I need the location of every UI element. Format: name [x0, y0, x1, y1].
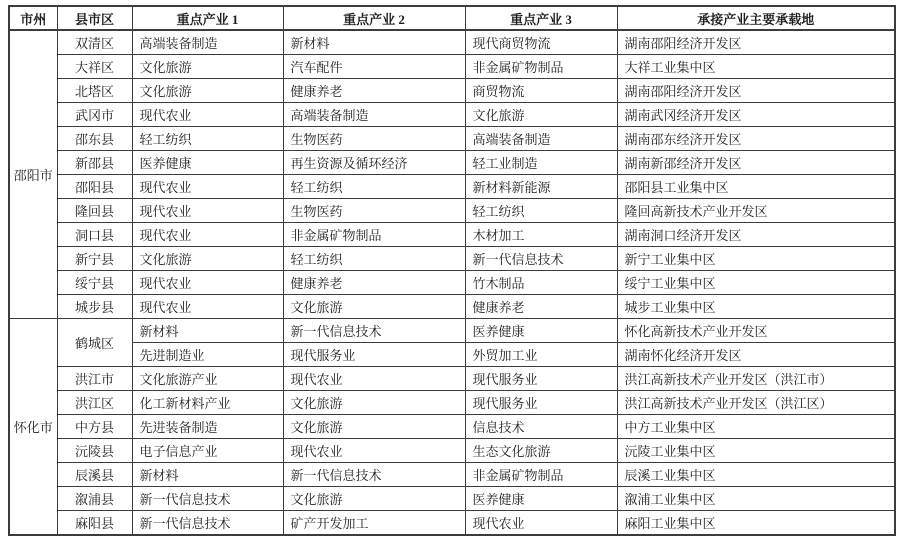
county-cell: 北塔区: [57, 79, 132, 103]
industry3-cell: 生态文化旅游: [465, 439, 617, 463]
industry3-cell: 现代服务业: [465, 391, 617, 415]
industry1-cell: 文化旅游: [132, 247, 283, 271]
table-row: 邵阳市 双清区 高端装备制造 新材料 现代商贸物流 湖南邵阳经济开发区: [9, 30, 895, 55]
table-row: 洪江区 化工新材料产业 文化旅游 现代服务业 洪江高新技术产业开发区（洪江区）: [9, 391, 895, 415]
table-row: 城步县 现代农业 文化旅游 健康养老 城步工业集中区: [9, 295, 895, 319]
county-cell: 麻阳县: [57, 511, 132, 536]
county-cell: 辰溪县: [57, 463, 132, 487]
industry1-cell: 现代农业: [132, 271, 283, 295]
industry1-cell: 新材料: [132, 463, 283, 487]
destination-cell: 邵阳县工业集中区: [617, 175, 895, 199]
industry1-cell: 文化旅游产业: [132, 367, 283, 391]
industry-transfer-table: 市州 县市区 重点产业 1 重点产业 2 重点产业 3 承接产业主要承载地 邵阳…: [8, 5, 896, 536]
industry2-cell: 现代农业: [283, 367, 465, 391]
industry3-cell: 医养健康: [465, 319, 617, 343]
table-row: 怀化市 鹤城区 新材料 新一代信息技术 医养健康 怀化高新技术产业开发区: [9, 319, 895, 343]
table-row: 绥宁县 现代农业 健康养老 竹木制品 绥宁工业集中区: [9, 271, 895, 295]
table-row: 溆浦县 新一代信息技术 文化旅游 医养健康 溆浦工业集中区: [9, 487, 895, 511]
destination-cell: 湖南洞口经济开发区: [617, 223, 895, 247]
table-row: 沅陵县 电子信息产业 现代农业 生态文化旅游 沅陵工业集中区: [9, 439, 895, 463]
industry1-cell: 高端装备制造: [132, 30, 283, 55]
industry3-cell: 信息技术: [465, 415, 617, 439]
destination-cell: 湖南邵阳经济开发区: [617, 30, 895, 55]
county-cell: 新宁县: [57, 247, 132, 271]
industry2-cell: 轻工纺织: [283, 247, 465, 271]
destination-cell: 洪江高新技术产业开发区（洪江区）: [617, 391, 895, 415]
industry2-cell: 矿产开发加工: [283, 511, 465, 536]
industry2-cell: 文化旅游: [283, 391, 465, 415]
table-row: 先进制造业 现代服务业 外贸加工业 湖南怀化经济开发区: [9, 343, 895, 367]
industry1-cell: 文化旅游: [132, 55, 283, 79]
industry3-cell: 新一代信息技术: [465, 247, 617, 271]
industry3-cell: 现代商贸物流: [465, 30, 617, 55]
industry2-cell: 文化旅游: [283, 415, 465, 439]
industry1-cell: 轻工纺织: [132, 127, 283, 151]
county-cell: 鹤城区: [57, 319, 132, 367]
industry3-cell: 轻工业制造: [465, 151, 617, 175]
industry2-cell: 新材料: [283, 30, 465, 55]
county-cell: 邵阳县: [57, 175, 132, 199]
county-cell: 邵东县: [57, 127, 132, 151]
county-cell: 洞口县: [57, 223, 132, 247]
industry2-cell: 健康养老: [283, 271, 465, 295]
industry1-cell: 先进制造业: [132, 343, 283, 367]
header-industry2: 重点产业 2: [283, 6, 465, 30]
industry3-cell: 新材料新能源: [465, 175, 617, 199]
header-city: 市州: [9, 6, 57, 30]
destination-cell: 隆回高新技术产业开发区: [617, 199, 895, 223]
industry1-cell: 现代农业: [132, 223, 283, 247]
table-row: 新邵县 医养健康 再生资源及循环经济 轻工业制造 湖南新邵经济开发区: [9, 151, 895, 175]
header-industry3: 重点产业 3: [465, 6, 617, 30]
county-cell: 洪江市: [57, 367, 132, 391]
industry3-cell: 健康养老: [465, 295, 617, 319]
table-row: 隆回县 现代农业 生物医药 轻工纺织 隆回高新技术产业开发区: [9, 199, 895, 223]
industry3-cell: 轻工纺织: [465, 199, 617, 223]
table-row: 武冈市 现代农业 高端装备制造 文化旅游 湖南武冈经济开发区: [9, 103, 895, 127]
destination-cell: 湖南邵东经济开发区: [617, 127, 895, 151]
header-destination: 承接产业主要承载地: [617, 6, 895, 30]
industry2-cell: 再生资源及循环经济: [283, 151, 465, 175]
industry2-cell: 文化旅游: [283, 295, 465, 319]
destination-cell: 湖南邵阳经济开发区: [617, 79, 895, 103]
destination-cell: 湖南新邵经济开发区: [617, 151, 895, 175]
industry1-cell: 现代农业: [132, 295, 283, 319]
table-row: 新宁县 文化旅游 轻工纺织 新一代信息技术 新宁工业集中区: [9, 247, 895, 271]
industry1-cell: 新材料: [132, 319, 283, 343]
table-row: 洪江市 文化旅游产业 现代农业 现代服务业 洪江高新技术产业开发区（洪江市）: [9, 367, 895, 391]
industry2-cell: 非金属矿物制品: [283, 223, 465, 247]
industry1-cell: 化工新材料产业: [132, 391, 283, 415]
industry3-cell: 高端装备制造: [465, 127, 617, 151]
industry3-cell: 现代农业: [465, 511, 617, 536]
industry2-cell: 生物医药: [283, 199, 465, 223]
destination-cell: 新宁工业集中区: [617, 247, 895, 271]
header-county: 县市区: [57, 6, 132, 30]
industry2-cell: 汽车配件: [283, 55, 465, 79]
industry2-cell: 健康养老: [283, 79, 465, 103]
destination-cell: 麻阳工业集中区: [617, 511, 895, 536]
industry1-cell: 现代农业: [132, 103, 283, 127]
industry3-cell: 非金属矿物制品: [465, 463, 617, 487]
county-cell: 中方县: [57, 415, 132, 439]
destination-cell: 绥宁工业集中区: [617, 271, 895, 295]
industry3-cell: 文化旅游: [465, 103, 617, 127]
table-row: 辰溪县 新材料 新一代信息技术 非金属矿物制品 辰溪工业集中区: [9, 463, 895, 487]
table-row: 麻阳县 新一代信息技术 矿产开发加工 现代农业 麻阳工业集中区: [9, 511, 895, 536]
destination-cell: 溆浦工业集中区: [617, 487, 895, 511]
destination-cell: 洪江高新技术产业开发区（洪江市）: [617, 367, 895, 391]
header-industry1: 重点产业 1: [132, 6, 283, 30]
industry1-cell: 医养健康: [132, 151, 283, 175]
county-cell: 武冈市: [57, 103, 132, 127]
county-cell: 绥宁县: [57, 271, 132, 295]
industry3-cell: 非金属矿物制品: [465, 55, 617, 79]
industry1-cell: 现代农业: [132, 175, 283, 199]
city-cell: 怀化市: [9, 319, 57, 536]
industry3-cell: 竹木制品: [465, 271, 617, 295]
industry1-cell: 电子信息产业: [132, 439, 283, 463]
industry2-cell: 高端装备制造: [283, 103, 465, 127]
destination-cell: 湖南武冈经济开发区: [617, 103, 895, 127]
industry2-cell: 文化旅游: [283, 487, 465, 511]
destination-cell: 中方工业集中区: [617, 415, 895, 439]
industry2-cell: 轻工纺织: [283, 175, 465, 199]
county-cell: 双清区: [57, 30, 132, 55]
table-header: 市州 县市区 重点产业 1 重点产业 2 重点产业 3 承接产业主要承载地: [9, 6, 895, 30]
table-row: 中方县 先进装备制造 文化旅游 信息技术 中方工业集中区: [9, 415, 895, 439]
table-row: 洞口县 现代农业 非金属矿物制品 木材加工 湖南洞口经济开发区: [9, 223, 895, 247]
industry1-cell: 先进装备制造: [132, 415, 283, 439]
city-cell: 邵阳市: [9, 30, 57, 319]
table-row: 邵东县 轻工纺织 生物医药 高端装备制造 湖南邵东经济开发区: [9, 127, 895, 151]
industry3-cell: 现代服务业: [465, 367, 617, 391]
destination-cell: 怀化高新技术产业开发区: [617, 319, 895, 343]
county-cell: 新邵县: [57, 151, 132, 175]
table-row: 北塔区 文化旅游 健康养老 商贸物流 湖南邵阳经济开发区: [9, 79, 895, 103]
industry1-cell: 现代农业: [132, 199, 283, 223]
county-cell: 隆回县: [57, 199, 132, 223]
header-row: 市州 县市区 重点产业 1 重点产业 2 重点产业 3 承接产业主要承载地: [9, 6, 895, 30]
industry2-cell: 现代农业: [283, 439, 465, 463]
industry2-cell: 新一代信息技术: [283, 463, 465, 487]
industry2-cell: 现代服务业: [283, 343, 465, 367]
table-row: 大祥区 文化旅游 汽车配件 非金属矿物制品 大祥工业集中区: [9, 55, 895, 79]
industry1-cell: 新一代信息技术: [132, 487, 283, 511]
county-cell: 城步县: [57, 295, 132, 319]
industry3-cell: 木材加工: [465, 223, 617, 247]
industry2-cell: 生物医药: [283, 127, 465, 151]
destination-cell: 城步工业集中区: [617, 295, 895, 319]
destination-cell: 辰溪工业集中区: [617, 463, 895, 487]
county-cell: 大祥区: [57, 55, 132, 79]
county-cell: 溆浦县: [57, 487, 132, 511]
industry3-cell: 医养健康: [465, 487, 617, 511]
industry3-cell: 商贸物流: [465, 79, 617, 103]
county-cell: 沅陵县: [57, 439, 132, 463]
county-cell: 洪江区: [57, 391, 132, 415]
industry1-cell: 新一代信息技术: [132, 511, 283, 536]
destination-cell: 沅陵工业集中区: [617, 439, 895, 463]
destination-cell: 湖南怀化经济开发区: [617, 343, 895, 367]
industry2-cell: 新一代信息技术: [283, 319, 465, 343]
destination-cell: 大祥工业集中区: [617, 55, 895, 79]
table-row: 邵阳县 现代农业 轻工纺织 新材料新能源 邵阳县工业集中区: [9, 175, 895, 199]
industry3-cell: 外贸加工业: [465, 343, 617, 367]
industry1-cell: 文化旅游: [132, 79, 283, 103]
